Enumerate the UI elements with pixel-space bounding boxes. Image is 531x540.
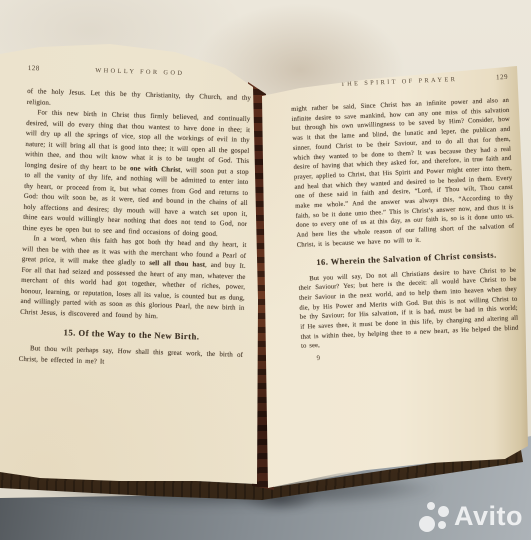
book-paragraph: might rather be said, Since Christ has a… xyxy=(291,96,515,251)
book-paragraph: But thou wilt perhaps say, How shall thi… xyxy=(19,344,244,372)
running-title-left: WHOLLY FOR GOD xyxy=(62,66,218,78)
left-page-body-upper: of the holy Jesus. Let this be thy Chris… xyxy=(20,87,251,325)
section-heading-16: 16. Wherein the Salvation of Christ cons… xyxy=(315,249,497,268)
avito-watermark: Avito xyxy=(419,501,523,532)
book-paragraph: For this new birth in Christ thus firmly… xyxy=(23,108,251,241)
open-book-photo: 128 WHOLLY FOR GOD of the holy Jesus. Le… xyxy=(0,0,531,540)
right-page-body-lower: But you will say, Do not all Christians … xyxy=(298,265,519,352)
page-number-right: 129 xyxy=(474,73,508,82)
left-page-content: 128 WHOLLY FOR GOD of the holy Jesus. Le… xyxy=(19,64,252,372)
avito-watermark-label: Avito xyxy=(454,501,523,532)
right-page-content: THE SPIRIT OF PRAYER 129 might rather be… xyxy=(290,73,520,363)
avito-logo-icon xyxy=(419,502,449,532)
book-paragraph: But you will say, Do not all Christians … xyxy=(298,265,519,352)
left-page-body-lower: But thou wilt perhaps say, How shall thi… xyxy=(19,344,244,372)
running-head-left: 128 WHOLLY FOR GOD xyxy=(28,64,252,79)
page-number-left: 128 xyxy=(28,64,62,73)
right-page-body-upper: might rather be said, Since Christ has a… xyxy=(291,96,515,251)
section-heading-15: 15. Of the Way to the New Birth. xyxy=(31,326,231,343)
book-paragraph: In a word, when this faith has got both … xyxy=(20,234,247,325)
